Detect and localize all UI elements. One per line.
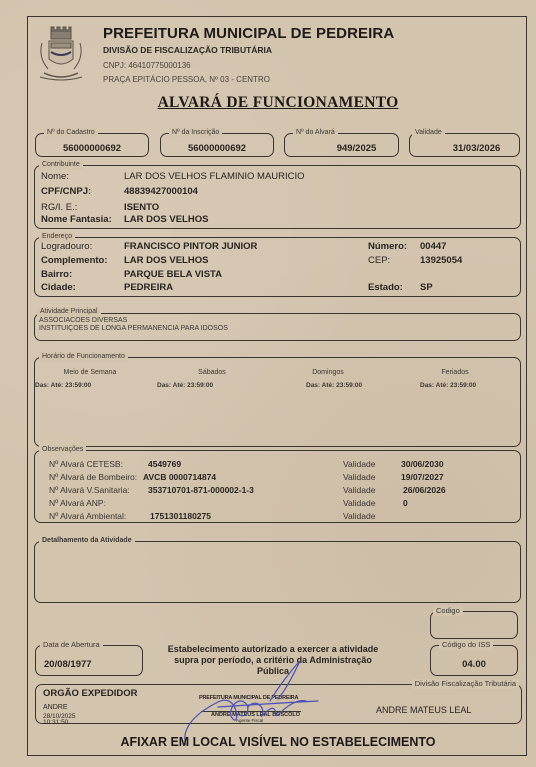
obs-sanitaria-validade: 26/06/2026: [403, 485, 446, 495]
atividade-principal-section: Atividade Principal ASSOCIACOES DIVERSAS…: [34, 313, 521, 341]
horario-head-semana: Meio de Semana: [35, 369, 145, 376]
complemento-value: LAR DOS VELHOS: [124, 255, 208, 266]
alvara-document: PREFEITURA MUNICIPAL DE PEDREIRA DIVISÃO…: [27, 16, 527, 756]
municipality-title: PREFEITURA MUNICIPAL DE PEDREIRA: [103, 25, 394, 42]
atividade-line-1: ASSOCIACOES DIVERSAS: [39, 317, 127, 324]
cadastro-field: Nº do Cadastro 56000000692: [35, 133, 149, 157]
obs-cetesb-value: 4549769: [148, 459, 181, 469]
nome-fantasia-label: Nome Fantasia:: [41, 214, 112, 225]
obs-bombeiro-label: Nº Alvará de Bombeiro:: [49, 472, 137, 482]
cadastro-label: Nº do Cadastro: [44, 128, 98, 138]
horario-head-feriados: Feriados: [400, 369, 510, 376]
detalhamento-legend: Detalhamento da Atividade: [39, 536, 135, 546]
codigo-iss-legend: Código do ISS: [439, 640, 493, 650]
codigo-iss-value: 04.00: [431, 659, 517, 670]
validade-field: Validade 31/03/2026: [409, 133, 520, 157]
bairro-label: Bairro:: [41, 269, 72, 280]
rg-ie-value: ISENTO: [124, 202, 159, 213]
inscricao-value: 56000000692: [161, 143, 273, 154]
obs-cetesb-validade: 30/06/2030: [401, 459, 444, 469]
inscricao-field: Nº da Inscrição 56000000692: [160, 133, 274, 157]
inscricao-label: Nº da Inscrição: [169, 128, 222, 138]
alvara-number-field: Nº do Alvará 949/2025: [284, 133, 399, 157]
endereco-section: Endereço Logradouro: FRANCISCO PINTOR JU…: [34, 237, 521, 297]
validade-label: Validade: [412, 128, 445, 138]
obs-anp-label: Nº Alvará ANP:: [49, 498, 106, 508]
cep-value: 13925054: [420, 255, 462, 266]
horario-value-sabados: Das: Até: 23:59:00: [157, 382, 213, 389]
obs-bombeiro-validade: 19/07/2027: [401, 472, 444, 482]
estado-value: SP: [420, 282, 433, 293]
numero-value: 00447: [420, 241, 446, 252]
data-abertura-field: Data de Abertura 20/08/1977: [35, 645, 143, 676]
nome-value: LAR DOS VELHOS FLAMINIO MAURICIO: [124, 171, 305, 182]
detalhamento-section: Detalhamento da Atividade: [34, 541, 521, 603]
cep-label: CEP:: [368, 255, 390, 266]
cpf-cnpj-value: 48839427000104: [124, 186, 198, 197]
obs-anp-validade: 0: [403, 498, 408, 508]
municipality-address: PRAÇA EPITÁCIO PESSOA, Nº 03 - CENTRO: [103, 75, 270, 84]
cidade-value: PEDREIRA: [124, 282, 173, 293]
contribuinte-legend: Contribuinte: [39, 160, 83, 170]
agent-name: ANDRE MATEUS LEAL: [376, 705, 471, 715]
alvara-number-value: 949/2025: [315, 143, 398, 154]
horario-legend: Horário de Funcionamento: [39, 352, 128, 362]
orgao-user: ANDRE: [43, 704, 68, 711]
obs-bombeiro-validade-label: Validade: [343, 472, 375, 482]
obs-ambiental-validade-label: Validade: [343, 511, 375, 521]
contribuinte-section: Contribuinte Nome: LAR DOS VELHOS FLAMIN…: [34, 165, 521, 229]
alvara-number-label: Nº do Alvará: [293, 128, 338, 138]
coat-of-arms-icon: [34, 25, 88, 85]
horario-value-semana: Das: Até: 23:59:00: [35, 382, 91, 389]
obs-sanitaria-validade-label: Validade: [343, 485, 375, 495]
observacoes-legend: Observações: [39, 445, 86, 455]
autorizacao-line-1: Estabelecimento autorizado a exercer a a…: [148, 644, 398, 655]
nome-label: Nome:: [41, 171, 69, 182]
estado-label: Estado:: [368, 282, 403, 293]
codigo-legend: Codigo: [433, 606, 463, 616]
obs-anp-validade-label: Validade: [343, 498, 375, 508]
obs-sanitaria-label: Nº Alvará V.Sanitaria:: [49, 485, 130, 495]
footer-instruction: AFIXAR EM LOCAL VISÍVEL NO ESTABELECIMEN…: [28, 735, 528, 749]
obs-cetesb-label: Nº Alvará CETESB:: [49, 459, 123, 469]
municipality-cnpj: CNPJ: 46410775000136: [103, 61, 191, 70]
numero-label: Número:: [368, 241, 407, 252]
obs-ambiental-label: Nº Alvará Ambiental:: [49, 511, 126, 521]
signature-scribble-icon: [178, 657, 328, 747]
orgao-legend: Divisão Fiscalização Tributária: [412, 679, 519, 689]
obs-ambiental-value: 1751301180275: [150, 511, 211, 521]
rg-ie-label: RG/I. E.:: [41, 202, 77, 213]
horario-head-domingos: Domingos: [273, 369, 383, 376]
complemento-label: Complemento:: [41, 255, 108, 266]
cadastro-value: 56000000692: [36, 143, 148, 154]
obs-bombeiro-value: AVCB 0000714874: [143, 472, 216, 482]
horario-head-sabados: Sábados: [157, 369, 267, 376]
data-abertura-legend: Data de Abertura: [40, 640, 103, 650]
atividade-line-2: INSTITUIÇOES DE LONGA PERMANENCIA PARA I…: [39, 325, 228, 332]
obs-sanitaria-value: 353710701-871-000002-1-3: [148, 485, 254, 495]
orgao-time: 10:31:50: [43, 720, 68, 726]
codigo-field: Codigo: [430, 611, 518, 639]
horario-value-domingos: Das: Até: 23:59:00: [306, 382, 362, 389]
codigo-iss-field: Código do ISS 04.00: [430, 645, 518, 676]
horario-value-feriados: Das: Até: 23:59:00: [420, 382, 476, 389]
cidade-label: Cidade:: [41, 282, 76, 293]
validade-value: 31/03/2026: [434, 143, 519, 154]
observacoes-section: Observações Nº Alvará CETESB: 4549769 Va…: [34, 450, 521, 523]
logradouro-label: Logradouro:: [41, 241, 92, 252]
bairro-value: PARQUE BELA VISTA: [124, 269, 222, 280]
data-abertura-value: 20/08/1977: [44, 659, 92, 670]
document-title: ALVARÁ DE FUNCIONAMENTO: [28, 94, 528, 112]
obs-cetesb-validade-label: Validade: [343, 459, 375, 469]
logradouro-value: FRANCISCO PINTOR JUNIOR: [124, 241, 257, 252]
horario-section: Horário de Funcionamento Meio de Semana …: [34, 357, 521, 447]
nome-fantasia-value: LAR DOS VELHOS: [124, 214, 208, 225]
orgao-title: ORGÃO EXPEDIDOR: [43, 688, 138, 699]
atividade-principal-legend: Atividade Principal: [37, 307, 101, 317]
cpf-cnpj-label: CPF/CNPJ:: [41, 186, 91, 197]
division-name: DIVISÃO DE FISCALIZAÇÃO TRIBUTÁRIA: [103, 45, 272, 55]
